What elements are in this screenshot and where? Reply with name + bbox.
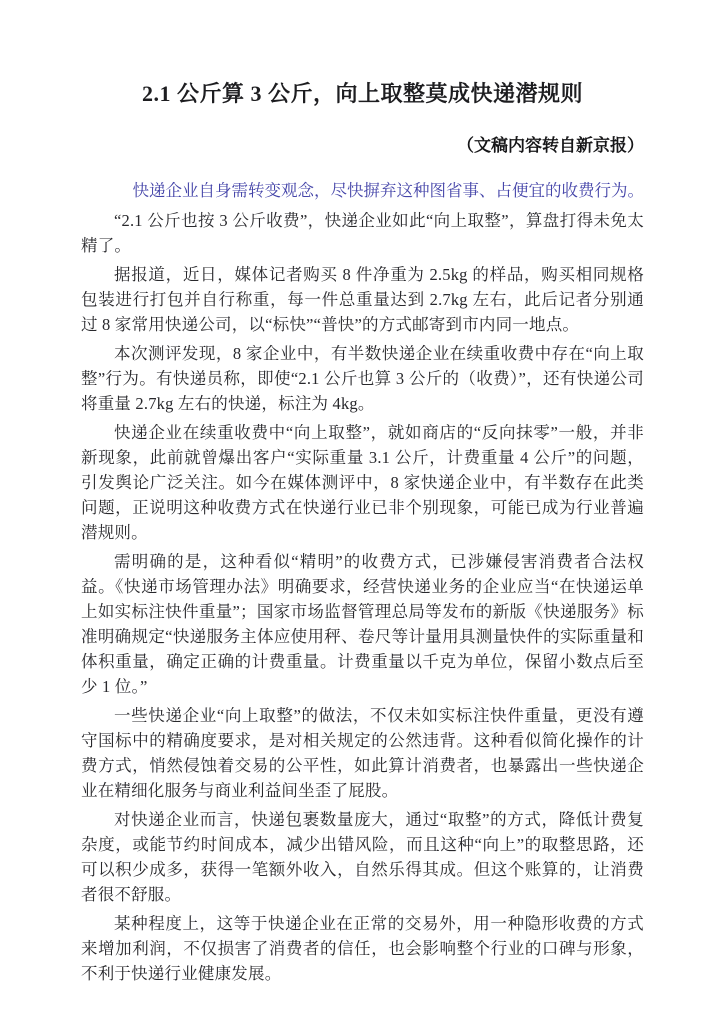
body-paragraph: 据报道，近日，媒体记者购买 8 件净重为 2.5kg 的样品，购买相同规格包装进… — [81, 262, 644, 337]
article-title: 2.1 公斤算 3 公斤，向上取整莫成快递潜规则 — [81, 78, 644, 110]
document-content: 2.1 公斤算 3 公斤，向上取整莫成快递潜规则 （文稿内容转自新京报） 快递企… — [81, 78, 644, 990]
body-paragraph: 某种程度上，这等于快递企业在正常的交易外，用一种隐形收费的方式来增加利润，不仅损… — [81, 911, 644, 986]
document-page: 2.1 公斤算 3 公斤，向上取整莫成快递潜规则 （文稿内容转自新京报） 快递企… — [0, 0, 724, 1024]
article-body: “2.1 公斤也按 3 公斤收费”，快递企业如此“向上取整”，算盘打得未免太精了… — [81, 208, 644, 986]
article-lead-sentence: 快递企业自身需转变观念，尽快摒弃这种图省事、占便宜的收费行为。 — [81, 178, 644, 203]
body-paragraph: 一些快递企业“向上取整”的做法，不仅未如实标注快件重量，更没有遵守国标中的精确度… — [81, 703, 644, 803]
body-paragraph: 需明确的是，这种看似“精明”的收费方式，已涉嫌侵害消费者合法权益。《快递市场管理… — [81, 549, 644, 699]
body-paragraph: “2.1 公斤也按 3 公斤收费”，快递企业如此“向上取整”，算盘打得未免太精了… — [81, 208, 644, 258]
body-paragraph: 本次测评发现，8 家企业中，有半数快递企业在续重收费中存在“向上取整”行为。有快… — [81, 341, 644, 416]
article-byline: （文稿内容转自新京报） — [81, 134, 644, 158]
body-paragraph: 对快递企业而言，快递包裹数量庞大，通过“取整”的方式，降低计费复杂度，或能节约时… — [81, 807, 644, 907]
body-paragraph: 快递企业在续重收费中“向上取整”，就如商店的“反向抹零”一般，并非新现象，此前就… — [81, 420, 644, 545]
